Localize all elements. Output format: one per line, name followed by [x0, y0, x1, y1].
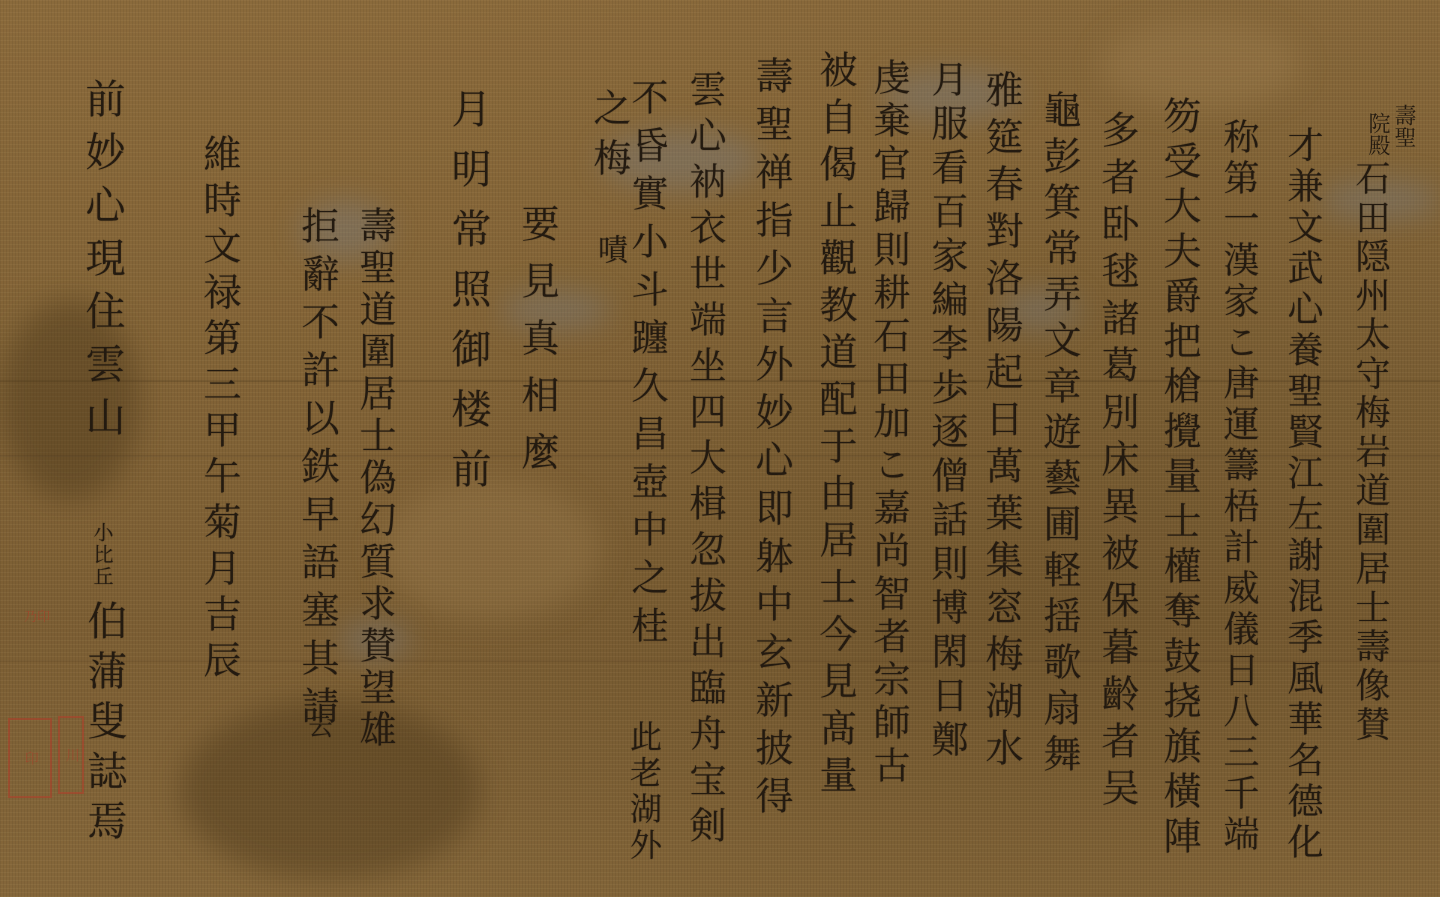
column-5: 多者卧毬諸葛別床異被保暮齡者吴: [1098, 110, 1136, 815]
column-9: 虔棄官歸則耕石田加こ嘉尚智者宗師古: [870, 58, 907, 789]
seal-text: 印: [22, 751, 37, 765]
column-20-signature: 伯蒲叟誌焉: [84, 600, 124, 850]
seal-square-left: 印: [8, 718, 52, 798]
column-3: 称第一漢家こ唐運籌梧計威儀日八三千端: [1220, 118, 1256, 856]
column-1: 石田隠州太守梅岩道圍居士壽像賛: [1352, 160, 1387, 745]
column-17: 壽聖道圍居士偽幻質求賛望雄: [356, 206, 393, 752]
column-14: 之梅: [590, 88, 628, 188]
column-14-tail: 嘖: [594, 234, 624, 269]
column-19: 維時文禄第三甲午菊月吉辰: [200, 134, 238, 686]
column-16: 月明常照御楼前: [448, 88, 488, 508]
column-10: 被自偈止觀教道配于由居士今見髙量: [816, 50, 854, 802]
column-4: 笏受大夫爵把槍攪量士權奪鼓挠旗橫陣: [1160, 96, 1198, 861]
seal-mark-upper: 乃印: [24, 606, 50, 625]
silk-scroll: 壽聖 院殿 石田隠州太守梅岩道圍居士壽像賛 才兼文武心養聖賢江左謝混季風華名德化…: [0, 0, 1440, 897]
column-6: 龜彭箕常弄文章遊藝圃軽揺歌扇舞: [1040, 90, 1078, 780]
column-7: 雅筵春對洛陽起日萬葉集窓梅湖水: [982, 70, 1020, 775]
column-18-tail: 云: [306, 714, 330, 743]
column-12: 雲心衲衣世端坐四大楫忽拔出臨舟宝剣: [686, 70, 723, 852]
column-13-tail: 此老湖外: [628, 720, 660, 864]
column-1-header: 壽聖: [1392, 104, 1414, 148]
seal-square-right: 川: [58, 716, 84, 794]
column-18: 拒辭不許以鉄早語塞其請: [298, 206, 336, 734]
column-2: 才兼文武心養聖賢江左謝混季風華名德化: [1284, 126, 1320, 864]
column-8: 月服看百家編李歩逐僧話則博閑日鄭: [928, 60, 965, 764]
column-15: 要見真相麼: [518, 204, 556, 489]
column-13: 不昏實小斗躔久昌壺中之桂: [628, 78, 665, 654]
seal-text: 川: [63, 748, 78, 762]
column-1-header-2: 院殿: [1366, 112, 1388, 156]
column-20-small: 小比丘: [92, 522, 112, 588]
column-20: 前妙心現住雲山: [82, 78, 122, 449]
column-11: 壽聖禅指少言外妙心即躰中玄新披得: [752, 56, 790, 824]
